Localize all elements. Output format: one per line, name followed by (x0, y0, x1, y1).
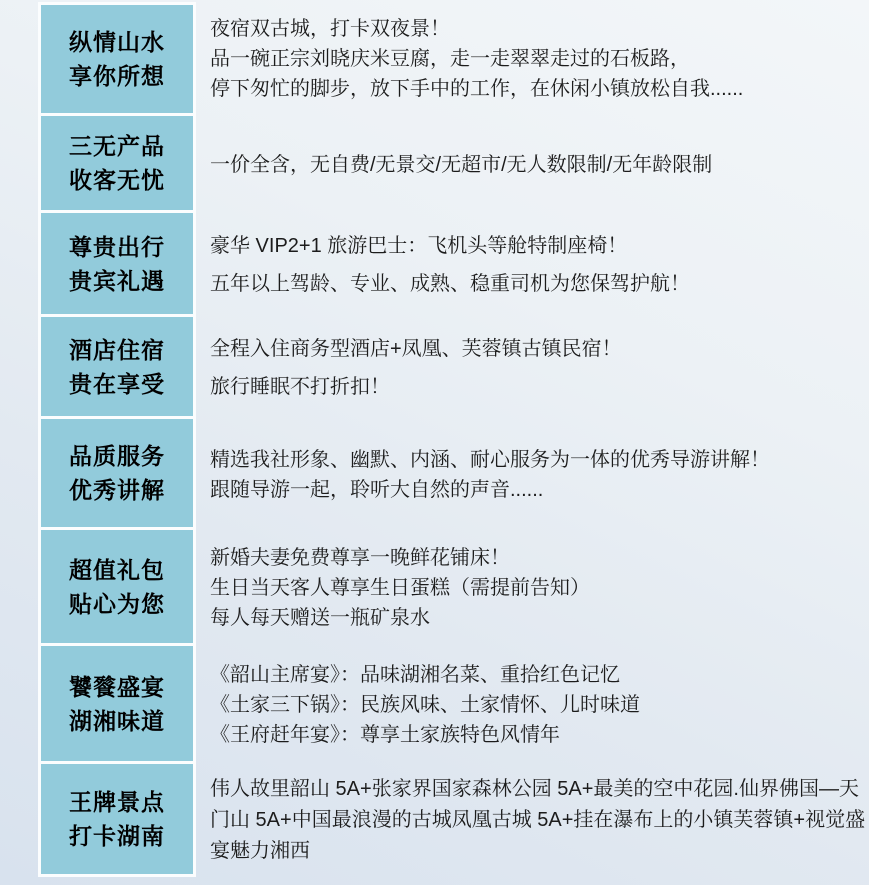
feature-title: 品质服务 优秀讲解 (38, 419, 196, 530)
description-line: 跟随导游一起，聆听大自然的声音...... (210, 475, 867, 505)
feature-row-all-inclusive: 三无产品 收客无忧 一价全含，无自费/无景交/无超市/无人数限制/无年龄限制 (38, 116, 867, 213)
feature-description: 精选我社形象、幽默、内涵、耐心服务为一体的优秀导游讲解！ 跟随导游一起，聆听大自… (210, 419, 867, 530)
feature-description: 全程入住商务型酒店+凤凰、芙蓉镇古镇民宿！ 旅行睡眠不打折扣！ (210, 317, 867, 419)
description-line: 《韶山主席宴》：品味湖湘名菜、重拾红色记忆 (210, 660, 867, 690)
description-line: 生日当天客人尊享生日蛋糕（需提前告知） (210, 573, 867, 603)
feature-row-guide-service: 品质服务 优秀讲解 精选我社形象、幽默、内涵、耐心服务为一体的优秀导游讲解！ 跟… (38, 419, 867, 530)
description-line: 五年以上驾龄、专业、成熟、稳重司机为您保驾护航！ (210, 265, 867, 303)
feature-description: 伟人故里韶山 5A+张家界国家森林公园 5A+最美的空中花园.仙界佛国—天门山 … (210, 764, 867, 877)
feature-title-line: 王牌景点 (69, 785, 165, 819)
feature-title-line: 三无产品 (69, 129, 165, 163)
travel-flyer-page: { "page": { "accent_color": "#92cbdb", "… (0, 0, 869, 885)
description-line: 精选我社形象、幽默、内涵、耐心服务为一体的优秀导游讲解！ (210, 445, 867, 475)
feature-title-line: 品质服务 (69, 439, 165, 473)
feature-row-banquets: 饕餮盛宴 湖湘味道 《韶山主席宴》：品味湖湘名菜、重拾红色记忆 《土家三下锅》：… (38, 646, 867, 764)
description-line: 新婚夫妻免费尊享一晚鲜花铺床！ (210, 543, 867, 573)
feature-table: 纵情山水 享你所想 夜宿双古城，打卡双夜景！ 品一碗正宗刘晓庆米豆腐，走一走翠翠… (38, 2, 867, 877)
feature-title-line: 贴心为您 (69, 587, 165, 621)
description-line: 全程入住商务型酒店+凤凰、芙蓉镇古镇民宿！ (210, 330, 867, 368)
feature-title-line: 贵宾礼遇 (69, 264, 165, 298)
feature-title-line: 贵在享受 (69, 367, 165, 401)
description-line: 《土家三下锅》：民族风味、土家情怀、儿时味道 (210, 690, 867, 720)
feature-row-top-attractions: 王牌景点 打卡湖南 伟人故里韶山 5A+张家界国家森林公园 5A+最美的空中花园… (38, 764, 867, 877)
feature-title-line: 超值礼包 (69, 553, 165, 587)
description-line: 旅行睡眠不打折扣！ (210, 368, 867, 406)
description-line: 夜宿双古城，打卡双夜景！ (210, 14, 867, 44)
feature-description: 一价全含，无自费/无景交/无超市/无人数限制/无年龄限制 (210, 116, 867, 213)
feature-title-line: 尊贵出行 (69, 230, 165, 264)
feature-title: 纵情山水 享你所想 (38, 2, 196, 116)
feature-description: 豪华 VIP2+1 旅游巴士：飞机头等舱特制座椅！ 五年以上驾龄、专业、成熟、稳… (210, 213, 867, 317)
feature-title: 三无产品 收客无忧 (38, 116, 196, 213)
feature-title: 王牌景点 打卡湖南 (38, 764, 196, 877)
feature-title: 超值礼包 贴心为您 (38, 530, 196, 646)
feature-title-line: 湖湘味道 (69, 704, 165, 738)
feature-title-line: 打卡湖南 (69, 819, 165, 853)
feature-row-hotel: 酒店住宿 贵在享受 全程入住商务型酒店+凤凰、芙蓉镇古镇民宿！ 旅行睡眠不打折扣… (38, 317, 867, 419)
feature-description: 夜宿双古城，打卡双夜景！ 品一碗正宗刘晓庆米豆腐，走一走翠翠走过的石板路， 停下… (210, 2, 867, 116)
feature-description: 《韶山主席宴》：品味湖湘名菜、重拾红色记忆 《土家三下锅》：民族风味、土家情怀、… (210, 646, 867, 764)
feature-title: 尊贵出行 贵宾礼遇 (38, 213, 196, 317)
description-line: 停下匆忙的脚步，放下手中的工作，在休闲小镇放松自我...... (210, 74, 867, 104)
feature-row-scenery: 纵情山水 享你所想 夜宿双古城，打卡双夜景！ 品一碗正宗刘晓庆米豆腐，走一走翠翠… (38, 2, 867, 116)
description-line: 豪华 VIP2+1 旅游巴士：飞机头等舱特制座椅！ (210, 227, 867, 265)
feature-title-line: 纵情山水 (69, 25, 165, 59)
description-line: 每人每天赠送一瓶矿泉水 (210, 603, 867, 633)
description-line: 《王府赶年宴》：尊享土家族特色风情年 (210, 720, 867, 750)
feature-row-transport: 尊贵出行 贵宾礼遇 豪华 VIP2+1 旅游巴士：飞机头等舱特制座椅！ 五年以上… (38, 213, 867, 317)
feature-title-line: 饕餮盛宴 (69, 670, 165, 704)
feature-title-line: 酒店住宿 (69, 333, 165, 367)
feature-description: 新婚夫妻免费尊享一晚鲜花铺床！ 生日当天客人尊享生日蛋糕（需提前告知） 每人每天… (210, 530, 867, 646)
feature-title: 饕餮盛宴 湖湘味道 (38, 646, 196, 764)
description-line: 一价全含，无自费/无景交/无超市/无人数限制/无年龄限制 (210, 150, 867, 180)
feature-title: 酒店住宿 贵在享受 (38, 317, 196, 419)
description-line: 品一碗正宗刘晓庆米豆腐，走一走翠翠走过的石板路， (210, 44, 867, 74)
feature-title-line: 优秀讲解 (69, 473, 165, 507)
feature-row-gift-package: 超值礼包 贴心为您 新婚夫妻免费尊享一晚鲜花铺床！ 生日当天客人尊享生日蛋糕（需… (38, 530, 867, 646)
feature-title-line: 享你所想 (69, 59, 165, 93)
feature-title-line: 收客无忧 (69, 163, 165, 197)
description-paragraph: 伟人故里韶山 5A+张家界国家森林公园 5A+最美的空中花园.仙界佛国—天门山 … (210, 774, 867, 867)
